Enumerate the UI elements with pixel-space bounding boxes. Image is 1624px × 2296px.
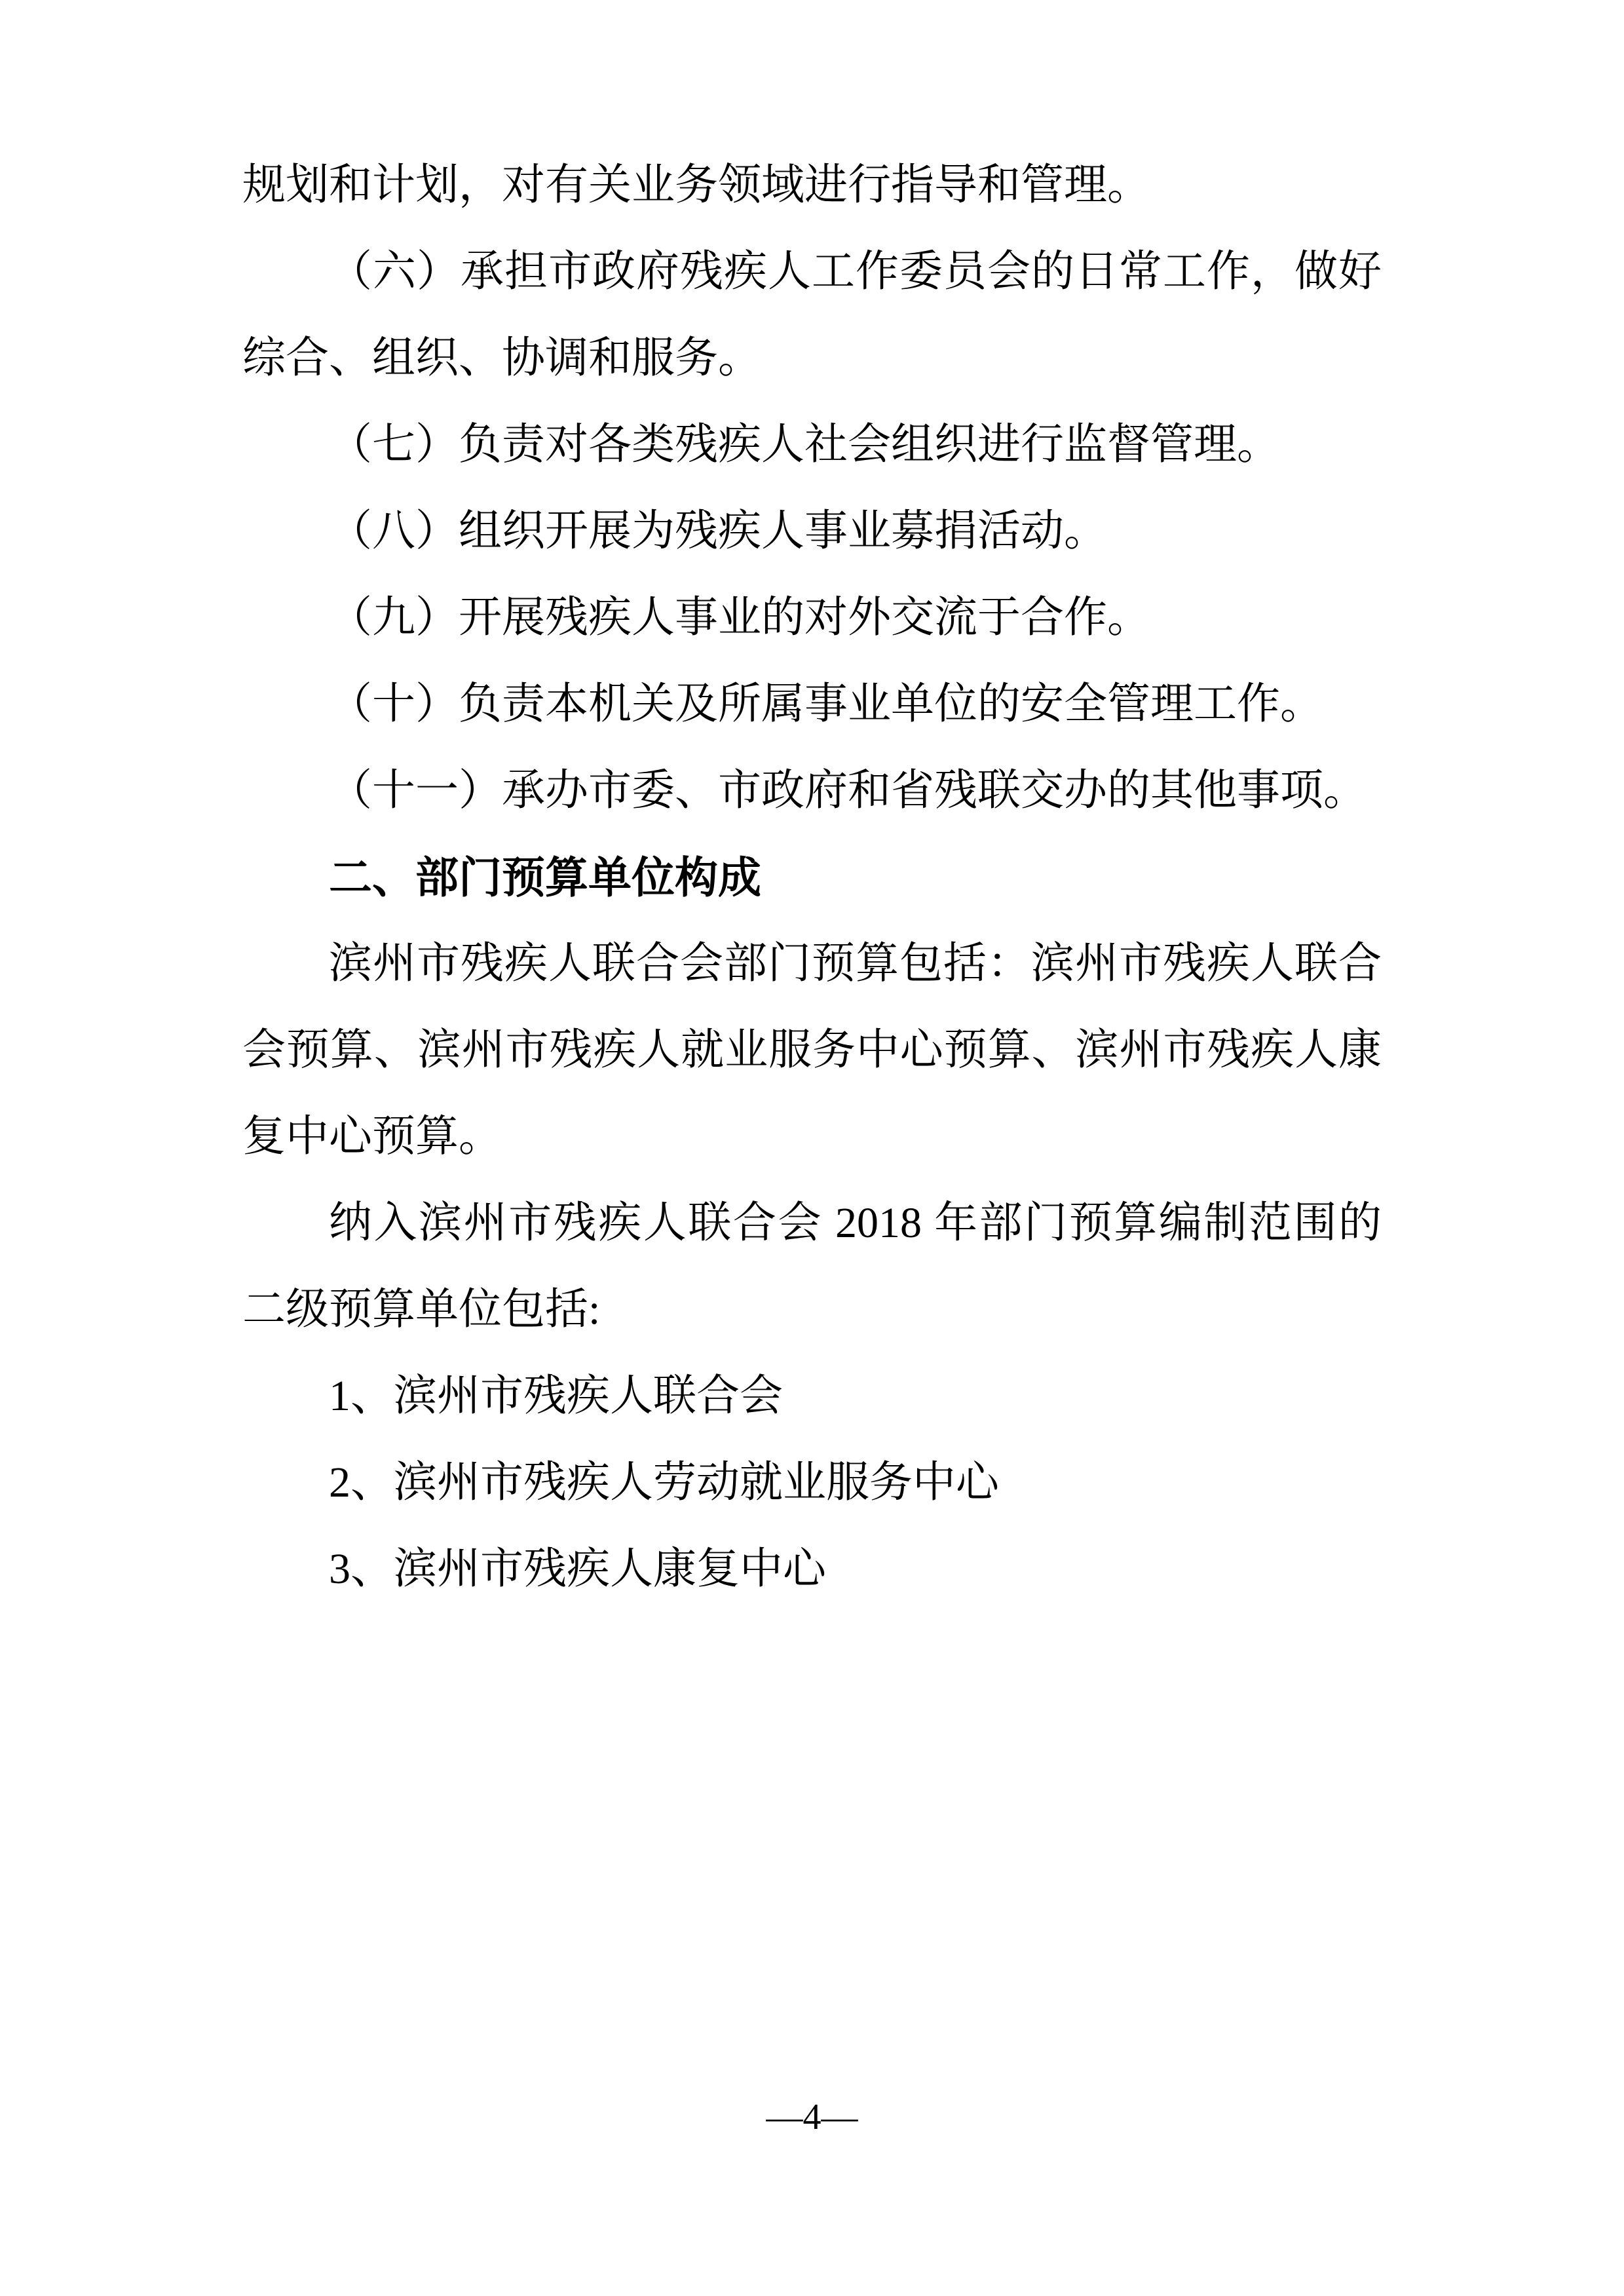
unit-list-item-3: 3、滨州市残疾人康复中心 [242, 1526, 1382, 1613]
budget-composition-line-2: 会预算、滨州市残疾人就业服务中心预算、滨州市残疾人康 [242, 1007, 1382, 1094]
document-body: 规划和计划，对有关业务领域进行指导和管理。 （六）承担市政府残疾人工作委员会的日… [242, 142, 1382, 1613]
item-11-line: （十一）承办市委、市政府和省残联交办的其他事项。 [242, 748, 1382, 834]
item-8-line: （八）组织开展为残疾人事业募捐活动。 [242, 488, 1382, 575]
item-7-line: （七）负责对各类残疾人社会组织进行监督管理。 [242, 402, 1382, 488]
budget-composition-line-1: 滨州市残疾人联合会部门预算包括：滨州市残疾人联合 [242, 921, 1382, 1007]
budget-scope-line-1: 纳入滨州市残疾人联合会 2018 年部门预算编制范围的 [242, 1180, 1382, 1267]
document-page: 规划和计划，对有关业务领域进行指导和管理。 （六）承担市政府残疾人工作委员会的日… [0, 0, 1624, 2296]
page-number: —4— [0, 2094, 1624, 2140]
unit-list-item-2: 2、滨州市残疾人劳动就业服务中心 [242, 1440, 1382, 1526]
budget-composition-line-3: 复中心预算。 [242, 1094, 1382, 1180]
paragraph-continuation-line: 规划和计划，对有关业务领域进行指导和管理。 [242, 142, 1382, 229]
section-2-heading: 二、部门预算单位构成 [242, 834, 1382, 921]
item-10-line: （十）负责本机关及所属事业单位的安全管理工作。 [242, 661, 1382, 748]
item-6-line: （六）承担市政府残疾人工作委员会的日常工作，做好 [242, 229, 1382, 315]
item-9-line: （九）开展残疾人事业的对外交流于合作。 [242, 575, 1382, 661]
budget-scope-line-2: 二级预算单位包括: [242, 1267, 1382, 1353]
unit-list-item-1: 1、滨州市残疾人联合会 [242, 1353, 1382, 1440]
item-6-continuation-line: 综合、组织、协调和服务。 [242, 315, 1382, 402]
